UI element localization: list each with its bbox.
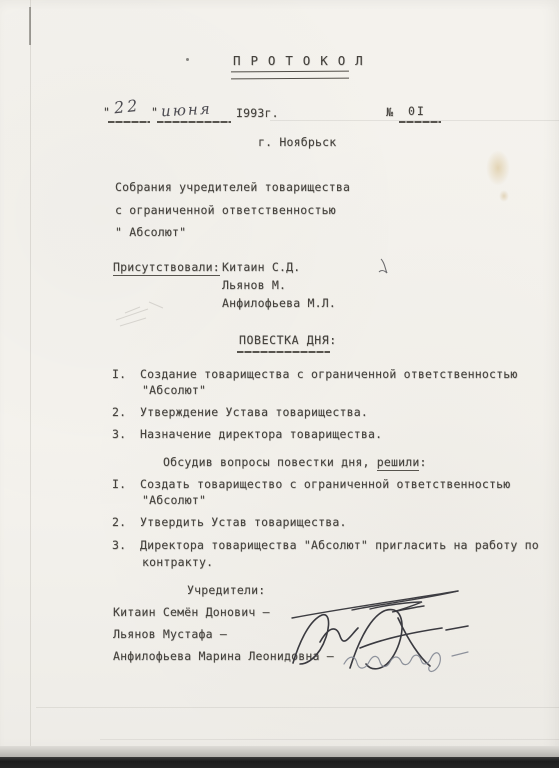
anfilofyeva-signature xyxy=(344,652,468,671)
pencil-smudge xyxy=(116,302,163,326)
scanned-protocol-page: П Р О Т О К О Л " 22 " июня I993г. № 0I … xyxy=(0,0,559,768)
pen-tick-mark xyxy=(379,259,387,273)
lyanov-signature xyxy=(293,610,468,669)
handwriting-overlay xyxy=(0,0,559,768)
kitain-signature xyxy=(292,591,458,618)
